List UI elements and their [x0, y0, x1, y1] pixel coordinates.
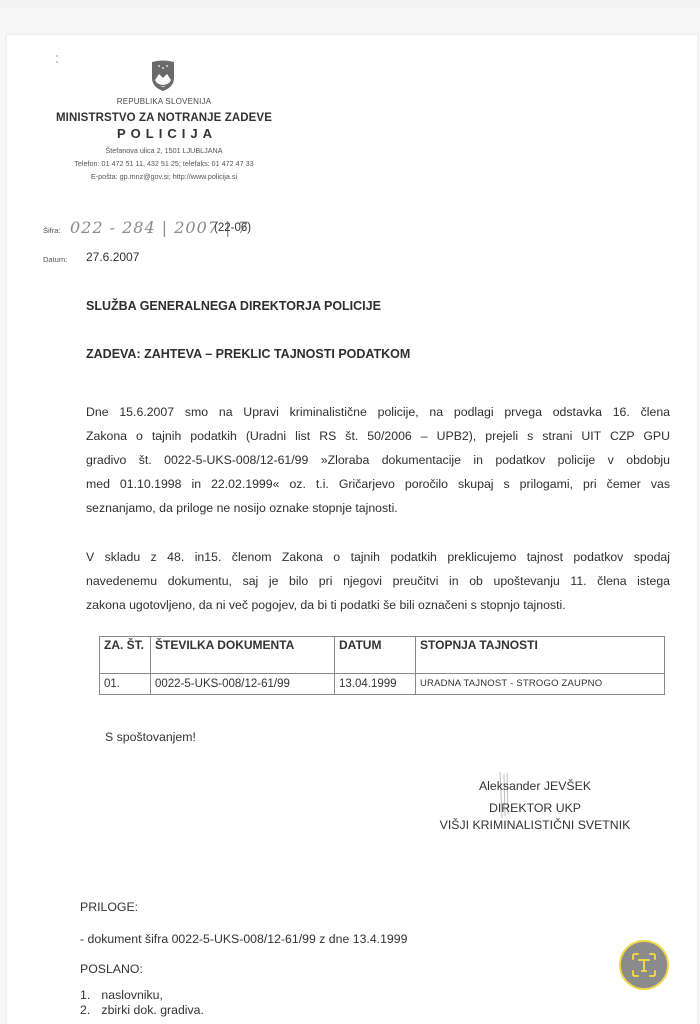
cell-datum: 13.04.1999 [335, 674, 416, 695]
letterhead: REPUBLIKA SLOVENIJA MINISTRSTVO ZA NOTRA… [34, 96, 294, 183]
list-text: zbirki dok. gradiva. [101, 1003, 204, 1017]
table-row: 01. 0022-5-UKS-008/12-61/99 13.04.1999 U… [100, 674, 665, 695]
paragraph-line: zakona ugotovljeno, da ni več pogojev, d… [86, 593, 670, 617]
police-name: POLICIJA [34, 126, 294, 142]
sifra-code: (22-06) [214, 222, 251, 234]
list-text: naslovniku, [101, 988, 163, 1002]
phone-line: Telefon: 01 472 51 11, 432 51 25; telefa… [34, 157, 294, 170]
signatory-rank: VIŠJI KRIMINALISTIČNI SVETNIK [410, 817, 660, 834]
paragraph-line: V skladu z 48. in15. členom Zakona o taj… [86, 545, 670, 569]
list-item: 1. naslovniku, [80, 988, 204, 1003]
paragraph-line: Dne 15.6.2007 smo na Upravi kriminalisti… [86, 400, 670, 424]
signature-block: Aleksander JEVŠEK DIREKTOR UKP VIŠJI KRI… [410, 778, 660, 834]
scan-speck [56, 61, 58, 63]
sent-to-label: POSLANO: [80, 962, 143, 976]
cell-stopnja-tajnosti: URADNA TAJNOST - STROGO ZAUPNO [416, 674, 665, 695]
list-item: 2. zbirki dok. gradiva. [80, 1003, 204, 1018]
list-number: 2. [80, 1003, 98, 1018]
signatory-name: Aleksander JEVŠEK [410, 778, 660, 795]
table-header-row: ZA. ŠT. ŠTEVILKA DOKUMENTA DATUM STOPNJA… [100, 637, 665, 674]
paragraph-line: navedenemu dokumentu, saj je bilo pri nj… [86, 569, 670, 593]
text-scan-icon [629, 950, 659, 980]
header-datum: DATUM [335, 637, 416, 674]
closing: S spoštovanjem! [105, 730, 196, 744]
slovenia-coat-of-arms-icon [150, 60, 176, 92]
datum-value: 27.6.2007 [86, 250, 139, 264]
datum-label: Datum: [43, 255, 67, 264]
list-number: 1. [80, 988, 98, 1003]
header-za-st: ZA. ŠT. [100, 637, 151, 674]
ministry-name: MINISTRSTVO ZA NOTRANJE ZADEVE [34, 110, 294, 126]
top-band [0, 0, 700, 8]
address-line: Štefanova ulica 2, 1501 LJUBLJANA [34, 144, 294, 157]
signatory-title: DIREKTOR UKP [410, 800, 660, 817]
cell-za-st: 01. [100, 674, 151, 695]
recipient: SLUŽBA GENERALNEGA DIREKTORJA POLICIJE [86, 299, 381, 313]
cell-stevilka-dokumenta: 0022-5-UKS-008/12-61/99 [151, 674, 335, 695]
attachments-label: PRILOGE: [80, 900, 138, 914]
text-scan-button[interactable] [619, 940, 669, 990]
republic-name: REPUBLIKA SLOVENIJA [34, 96, 294, 107]
sifra-label: Šifra: [43, 226, 61, 235]
header-stopnja-tajnosti: STOPNJA TAJNOSTI [416, 637, 665, 674]
paragraph-line: Zakona o tajnih podatkih (Uradni list RS… [86, 424, 670, 448]
paragraph-2: V skladu z 48. in15. členom Zakona o taj… [86, 545, 670, 617]
document-table: ZA. ŠT. ŠTEVILKA DOKUMENTA DATUM STOPNJA… [99, 636, 665, 695]
sent-to-list: 1. naslovniku, 2. zbirki dok. gradiva. [80, 988, 204, 1018]
scan-speck [56, 55, 58, 57]
subject: ZADEVA: ZAHTEVA – PREKLIC TAJNOSTI PODAT… [86, 347, 410, 361]
paragraph-line: med 01.10.1998 in 22.02.1999« oz. t.i. G… [86, 472, 670, 496]
email-line: E-pošta: gp.mnz@gov.si; http://www.polic… [34, 170, 294, 183]
paragraph-line: gradivo št. 0022-5-UKS-008/12-61/99 »Zlo… [86, 448, 670, 472]
paragraph-line: seznanjamo, da priloge ne nosijo oznake … [86, 496, 670, 520]
attachment-item: - dokument šifra 0022-5-UKS-008/12-61/99… [80, 932, 407, 946]
paragraph-1: Dne 15.6.2007 smo na Upravi kriminalisti… [86, 400, 670, 520]
header-stevilka-dokumenta: ŠTEVILKA DOKUMENTA [151, 637, 335, 674]
